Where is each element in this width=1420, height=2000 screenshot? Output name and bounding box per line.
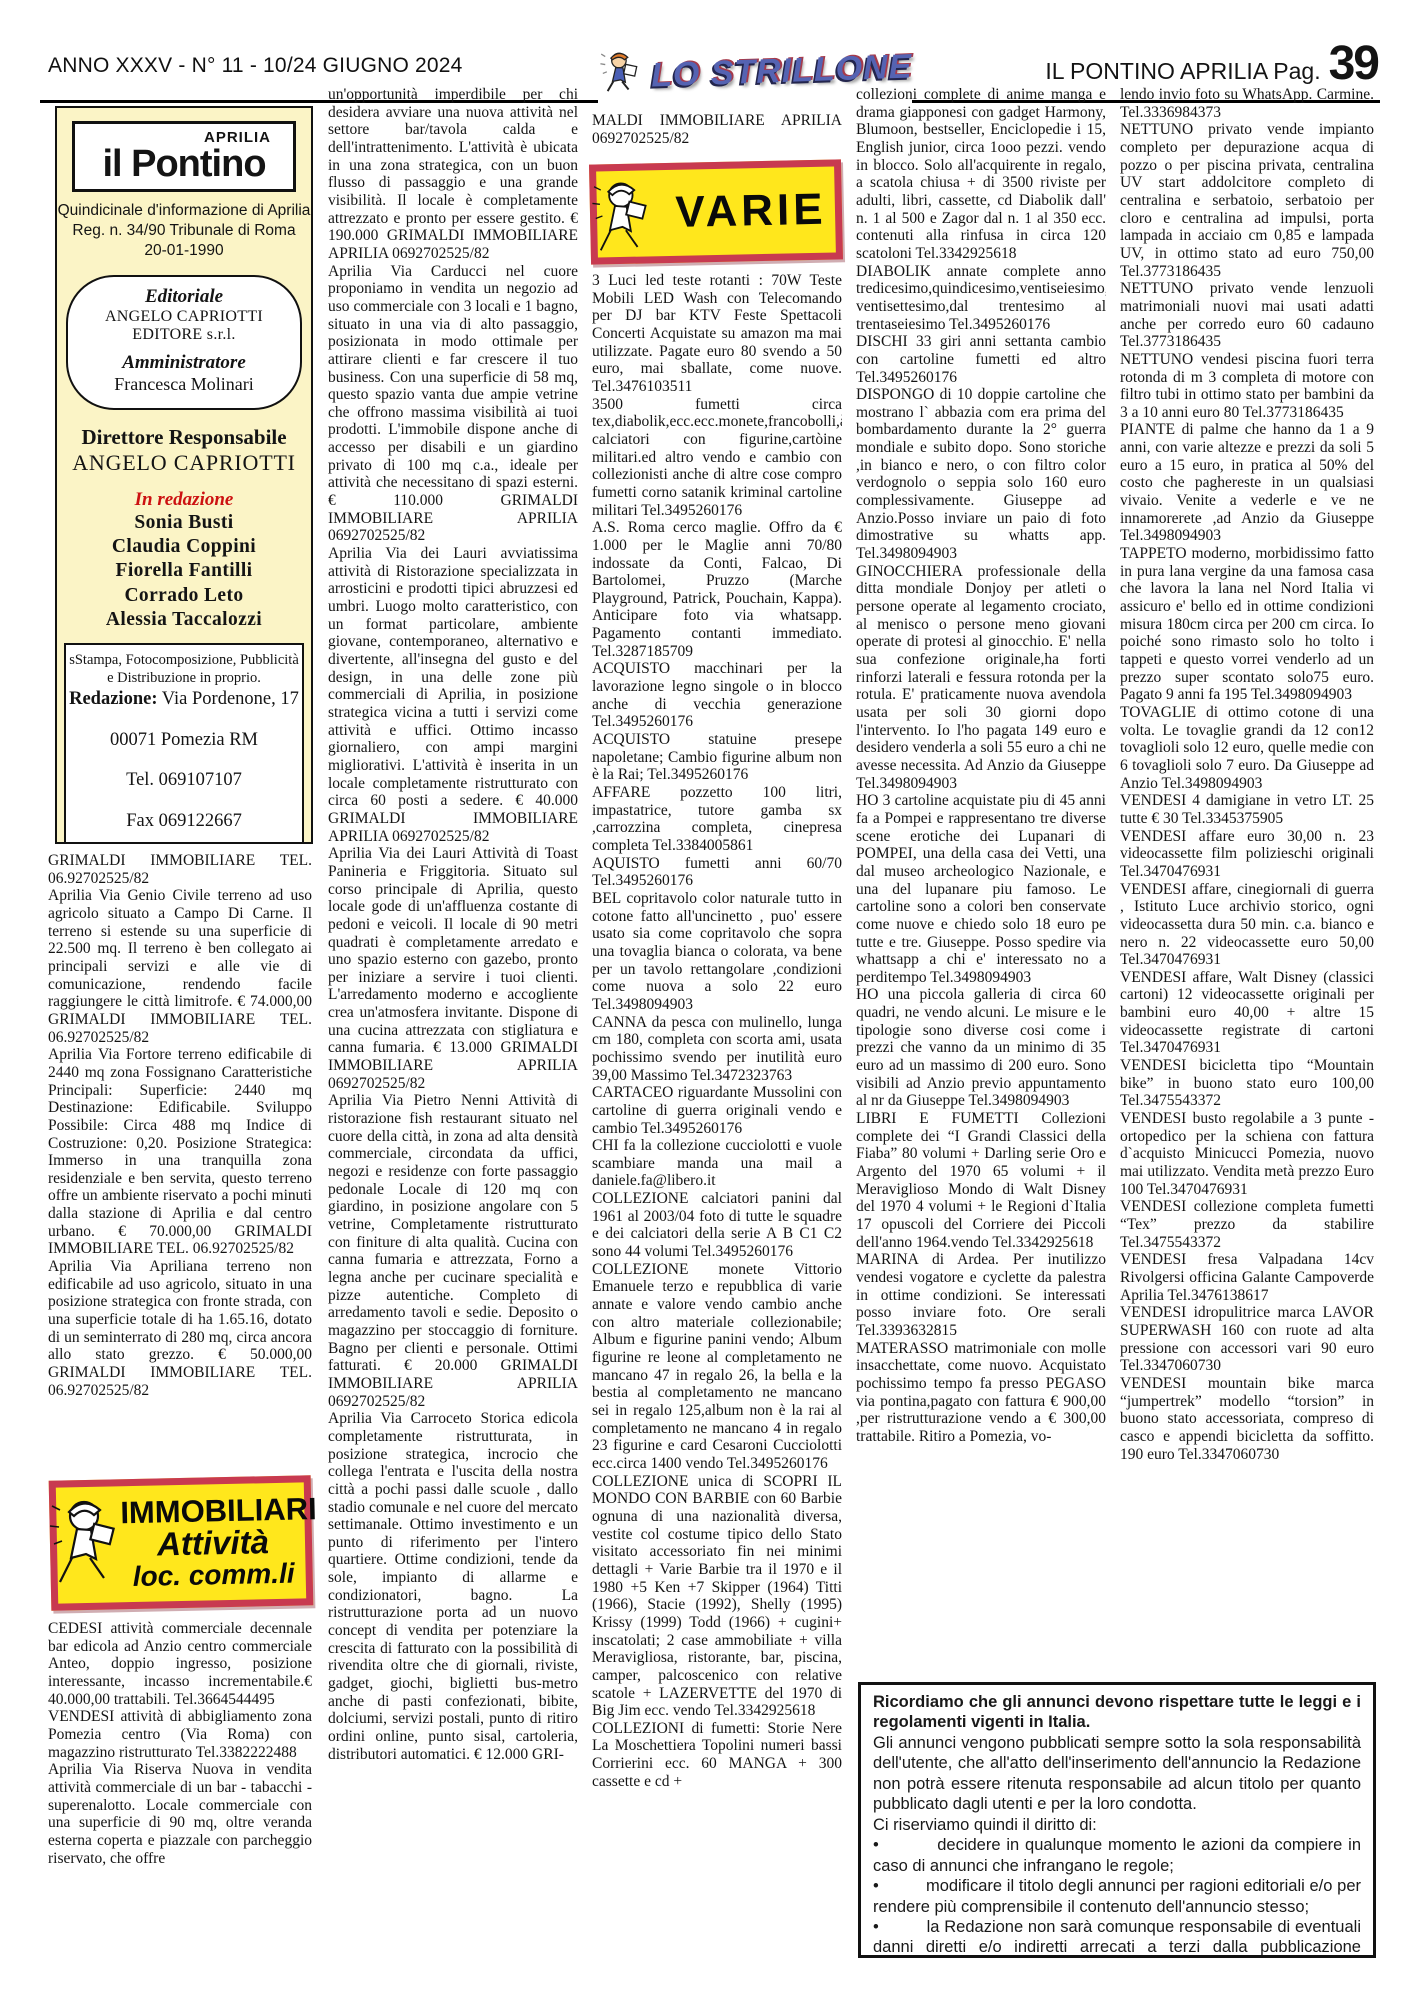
issue-date: ANNO XXXV - N° 11 - 10/24 GIUGNO 2024 xyxy=(48,54,463,78)
ad-paragraph: collezioni complete di anime manga e dra… xyxy=(856,86,1106,263)
ad-paragraph: GINOCCHIERA professionale della ditta mo… xyxy=(856,563,1106,793)
admin-name: Francesca Molinari xyxy=(72,374,296,395)
ad-paragraph: COLLEZIONE calciatori panini dal 1961 al… xyxy=(592,1190,842,1261)
ad-paragraph: TAPPETO moderno, morbidissimo fatto in p… xyxy=(1120,545,1374,704)
ad-paragraph: VENDESI idropulitrice marca LAVOR SUPERW… xyxy=(1120,1304,1374,1375)
newspaper-page: ANNO XXXV - N° 11 - 10/24 GIUGNO 2024 LO… xyxy=(0,0,1420,2000)
director-label: Direttore Responsabile xyxy=(57,425,311,450)
staff-member: Claudia Coppini xyxy=(57,535,311,559)
ad-paragraph: DIABOLIK annate complete anno tredicesim… xyxy=(856,263,1106,334)
ad-paragraph: 3500 fumetti circa tex,diabolik,ecc.ecc.… xyxy=(592,396,842,520)
column-4: collezioni complete di anime manga e dra… xyxy=(856,86,1106,1666)
ad-paragraph: Aprilia Via Carroceto Storica edicola co… xyxy=(328,1410,578,1763)
ad-paragraph: VENDESI busto regolabile a 3 punte - ort… xyxy=(1120,1110,1374,1198)
ad-paragraph: AQUISTO fumetti anni 60/70 Tel.349526017… xyxy=(592,855,842,890)
ad-paragraph: lendo invio foto su WhatsApp. Carmine. T… xyxy=(1120,86,1374,121)
ad-paragraph: GRIMALDI IMMOBILIARE TEL. 06.92702525/82 xyxy=(48,852,312,887)
varie-banner: VARIE xyxy=(590,162,842,262)
ad-paragraph: DISPONGO di 10 doppie cartoline che most… xyxy=(856,386,1106,563)
ad-paragraph: A.S. Roma cerco maglie. Offro da € 1.000… xyxy=(592,519,842,660)
ad-paragraph: CHI fa la collezione cucciolotti e vuole… xyxy=(592,1137,842,1190)
print-line: e Distribuzione in proprio. xyxy=(69,670,299,688)
ad-paragraph: CARTACEO riguardante Mussolini con carto… xyxy=(592,1084,842,1137)
ad-paragraph: MATERASSO matrimoniale con molle insacch… xyxy=(856,1340,1106,1446)
redazione-value: Via Pordenone, 17 xyxy=(162,689,299,709)
staff-member: Fiorella Fantilli xyxy=(57,559,311,583)
notice-bullets: • decidere in qualunque momento le azion… xyxy=(873,1835,1361,1958)
ad-paragraph: DISCHI 33 giri anni settanta cambio con … xyxy=(856,333,1106,386)
ad-paragraph: VENDESI 4 damigiane in vetro LT. 25 tutt… xyxy=(1120,792,1374,827)
ad-paragraph: un'opportunità imperdibile per chi desid… xyxy=(328,86,578,263)
newsboy-icon xyxy=(44,1486,122,1596)
column-2: un'opportunità imperdibile per chi desid… xyxy=(328,86,578,1968)
ad-paragraph: VENDESI collezione completa fumetti “Tex… xyxy=(1120,1198,1374,1251)
immobiliari-banner: IMMOBILIARI Attività loc. comm.li xyxy=(50,1478,312,1608)
newsboy-icon xyxy=(584,170,656,262)
ad-paragraph: PIANTE di palme che hanno da 1 a 9 anni,… xyxy=(1120,421,1374,545)
ad-paragraph: CEDESI attività commerciale decennale ba… xyxy=(48,1620,312,1708)
contact-line: Fax 069122667 xyxy=(69,810,299,832)
ad-paragraph: Aprilia Via dei Lauri Attività di Toast … xyxy=(328,845,578,1092)
ad-paragraph: MARINA di Ardea. Per inutilizzo vendesi … xyxy=(856,1251,1106,1339)
masthead-title: il Pontino xyxy=(81,146,287,182)
column-1-bottom: CEDESI attività commerciale decennale ba… xyxy=(48,1620,312,1968)
ad-paragraph: VENDESI fresa Valpadana 14cv Rivolgersi … xyxy=(1120,1251,1374,1304)
ad-paragraph: ACQUISTO macchinari per la lavorazione l… xyxy=(592,660,842,731)
ad-paragraph: VENDESI affare euro 30,00 n. 23 videocas… xyxy=(1120,828,1374,881)
ad-paragraph: HO 3 cartoline acquistate piu di 45 anni… xyxy=(856,792,1106,986)
masthead-editorial-box: Editoriale ANGELO CAPRIOTTI EDITORE s.r.… xyxy=(66,275,302,410)
ad-paragraph: NETTUNO vendesi piscina fuori terra roto… xyxy=(1120,351,1374,422)
director-name: ANGELO CAPRIOTTI xyxy=(57,450,311,476)
contact-lines: 00071 Pomezia RMTel. 069107107Fax 069122… xyxy=(69,729,299,844)
notice-bullet: • la Redazione non sarà comunque respons… xyxy=(873,1917,1361,1958)
ad-paragraph: COLLEZIONE unica di SCOPRI IL MONDO CON … xyxy=(592,1473,842,1720)
ad-paragraph: BEL copritavolo color naturale tutto in … xyxy=(592,890,842,1014)
editorial-name: ANGELO CAPRIOTTI EDITORE s.r.l. xyxy=(72,308,296,344)
ad-paragraph: Aprilia Via Genio Civile terreno ad uso … xyxy=(48,887,312,1046)
ad-paragraph: Aprilia Via Fortore terreno edificabile … xyxy=(48,1046,312,1258)
admin-label: Amministratore xyxy=(72,352,296,374)
staff-list: Sonia BustiClaudia CoppiniFiorella Fanti… xyxy=(57,511,311,633)
notice-body: Gli annunci vengono pubblicati sempre so… xyxy=(873,1733,1361,1815)
print-line: sStampa, Fotocomposizione, Pubblicità xyxy=(69,652,299,670)
paper-name: IL PONTINO APRILIA Pag. xyxy=(1045,58,1320,85)
redazione-label: In redazione xyxy=(57,489,311,511)
ad-paragraph: 3 Luci led teste rotanti : 70W Teste Mob… xyxy=(592,272,842,396)
ad-paragraph: CANNA da pesca con mulinello, lunga cm 1… xyxy=(592,1014,842,1085)
ad-paragraph: VENDESI attività di abbigliamento zona P… xyxy=(48,1708,312,1761)
ad-paragraph: VENDESI affare, cinegiornali di guerra ,… xyxy=(1120,881,1374,969)
masthead-title-box: APRILIA il Pontino xyxy=(72,121,296,192)
ad-paragraph: TOVAGLIE di ottimo cotone di una volta. … xyxy=(1120,704,1374,792)
page-header-right: IL PONTINO APRILIA Pag. 39 xyxy=(1045,40,1378,88)
ad-paragraph: LIBRI E FUMETTI Collezioni complete dei … xyxy=(856,1110,1106,1251)
column-3-main: 3 Luci led teste rotanti : 70W Teste Mob… xyxy=(592,272,842,1968)
ad-paragraph: MALDI IMMOBILIARE APRILIA 0692702525/82 xyxy=(592,112,842,147)
staff-member: Corrado Leto xyxy=(57,584,311,608)
ad-paragraph: NETTUNO privato vende lenzuoli matrimoni… xyxy=(1120,280,1374,351)
masthead-services-box: sStampa, Fotocomposizione, Pubblicitàe D… xyxy=(64,643,304,844)
ad-paragraph: AFFARE pozzetto 100 litri, impastatrice,… xyxy=(592,784,842,855)
staff-member: Sonia Busti xyxy=(57,511,311,535)
redazione-address: Redazione: Via Pordenone, 17 xyxy=(69,688,299,710)
page-number: 39 xyxy=(1329,40,1378,88)
column-3-top: MALDI IMMOBILIARE APRILIA 0692702525/82 xyxy=(592,112,842,160)
newsboy-color-icon xyxy=(598,40,645,102)
ad-paragraph: VENDESI mountain bike marca “jumpertrek”… xyxy=(1120,1375,1374,1463)
notice-bullet: • modificare il titolo degli annunci per… xyxy=(873,1876,1361,1917)
redazione-prefix: Redazione: xyxy=(69,689,157,709)
ad-paragraph: COLLEZIONE monete Vittorio Emanuele terz… xyxy=(592,1261,842,1473)
notice-bullet: • decidere in qualunque momento le azion… xyxy=(873,1835,1361,1876)
notice-rights-intro: Ci riserviamo quindi il diritto di: xyxy=(873,1815,1361,1835)
ad-paragraph: COLLEZIONI di fumetti: Storie Nere La Mo… xyxy=(592,1720,842,1791)
masthead-box: APRILIA il Pontino Quindicinale d'inform… xyxy=(55,106,313,844)
masthead-subtitle: Quindicinale d'informazione di Aprilia R… xyxy=(57,201,311,260)
ad-paragraph: ACQUISTO statuine presepe napoletane; Ca… xyxy=(592,731,842,784)
editorial-label: Editoriale xyxy=(72,286,296,308)
ad-paragraph: HO una piccola galleria di circa 60 quad… xyxy=(856,986,1106,1110)
ad-paragraph: Aprilia Via Apriliana terreno non edific… xyxy=(48,1258,312,1399)
contact-line: 00071 Pomezia RM xyxy=(69,729,299,751)
ad-paragraph: Aprilia Via Carducci nel cuore proponiam… xyxy=(328,263,578,546)
ad-paragraph: VENDESI bicicletta tipo “Mountain bike” … xyxy=(1120,1057,1374,1110)
legal-notice-box: Ricordiamo che gli annunci devono rispet… xyxy=(858,1682,1376,1958)
staff-member: Alessia Taccalozzi xyxy=(57,608,311,632)
ad-paragraph: Aprilia Via Pietro Nenni Attività di ris… xyxy=(328,1092,578,1410)
print-lines: sStampa, Fotocomposizione, Pubblicitàe D… xyxy=(69,652,299,687)
ad-paragraph: Aprilia Via dei Lauri avviatissima attiv… xyxy=(328,545,578,845)
notice-title: Ricordiamo che gli annunci devono rispet… xyxy=(873,1692,1361,1733)
column-5: lendo invio foto su WhatsApp. Carmine. T… xyxy=(1120,86,1374,1666)
contact-line: Tel. 069107107 xyxy=(69,769,299,791)
ad-paragraph: VENDESI affare, Walt Disney (classici ca… xyxy=(1120,969,1374,1057)
ad-paragraph: Aprilia Via Riserva Nuova in vendita att… xyxy=(48,1761,312,1867)
ad-paragraph: NETTUNO privato vende impianto completo … xyxy=(1120,121,1374,280)
column-1-top: GRIMALDI IMMOBILIARE TEL. 06.92702525/82… xyxy=(48,852,312,1474)
